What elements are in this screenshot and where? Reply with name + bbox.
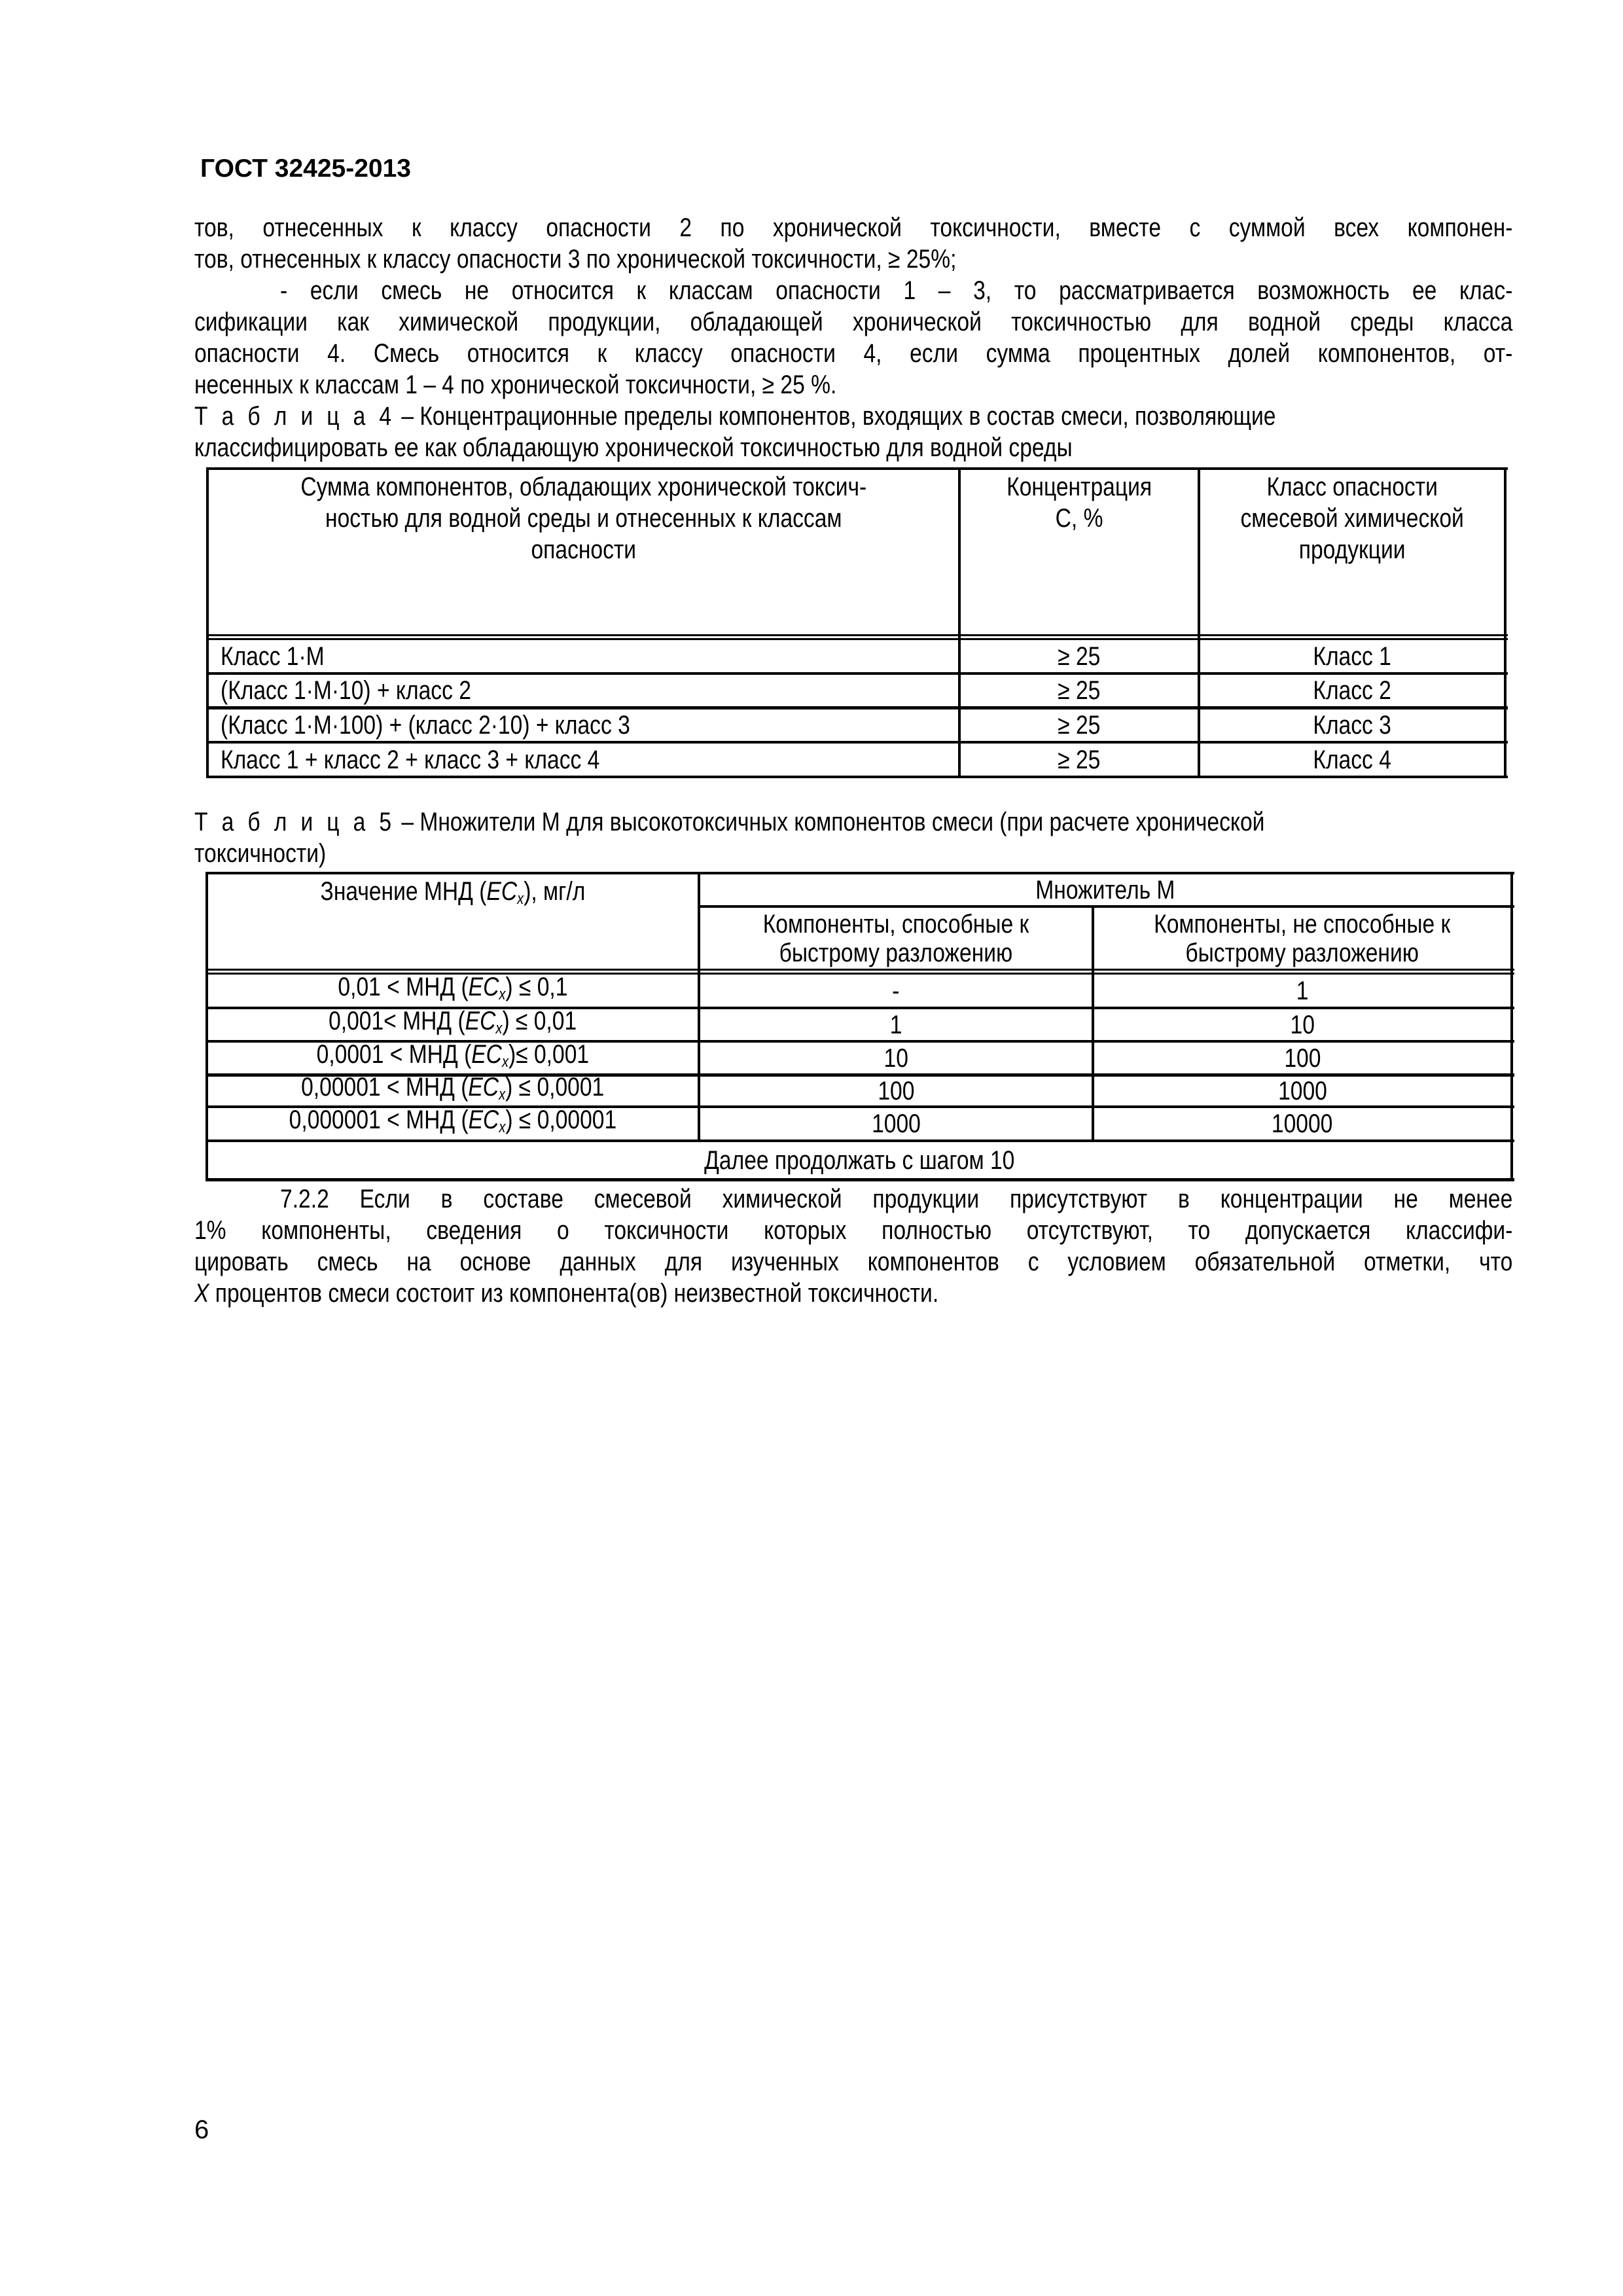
table5-header-value: Значение МНД (ECx), мг/л — [208, 874, 698, 970]
table5-footer-row: Далее продолжать с шагом 10 — [208, 1142, 1510, 1178]
table5-cell-range: 0,001< МНД (ECx) ≤ 0,01 — [208, 1009, 698, 1040]
table5-cell-range: 0,00001 < МНД (ECx) ≤ 0,0001 — [208, 1077, 698, 1105]
table5-cell-range: 0,01 < МНД (ECx) ≤ 0,1 — [208, 975, 698, 1007]
table5-cell-rapid: - — [700, 975, 1092, 1007]
table4-caption: Т а б л и ц а 4 – Концентрационные преде… — [194, 401, 1512, 463]
table4-header-sum: Сумма компонентов, обладающих хроническо… — [209, 470, 958, 635]
table5-header-multiplier: Множитель М — [700, 874, 1510, 905]
table4-cell-concentration: ≥ 25 — [961, 709, 1198, 741]
table5-cell-rapid: 10 — [700, 1043, 1092, 1073]
text-line: тов, отнесенных к классу опасности 2 по … — [194, 212, 1512, 243]
text-line: X процентов смеси состоит из компонента(… — [194, 1278, 1512, 1309]
table4-cell-concentration: ≥ 25 — [961, 675, 1198, 706]
table5-cell-non-rapid: 1000 — [1094, 1077, 1510, 1105]
table4-cell-concentration: ≥ 25 — [961, 641, 1198, 672]
table4-cell-sum: (Класс 1·M·100) + (класс 2·10) + класс 3 — [209, 709, 970, 741]
document-id-header: ГОСТ 32425-2013 — [200, 154, 411, 183]
table4-caption-label: Т а б л и ц а 4 — [194, 402, 395, 431]
text-line: цировать смесь на основе данных для изуч… — [194, 1246, 1512, 1278]
table5-cell-rapid: 100 — [700, 1077, 1092, 1105]
table4-cell-class: Класс 3 — [1200, 709, 1504, 741]
table4-cell-sum: (Класс 1·M·10) + класс 2 — [209, 675, 970, 706]
section-7-2-2: 7.2.2 Если в составе смесевой химической… — [194, 1183, 1512, 1309]
table4-cell-class: Класс 4 — [1200, 744, 1504, 776]
table5-cell-non-rapid: 100 — [1094, 1043, 1510, 1073]
table5-caption-text-2: токсичности) — [194, 838, 1512, 869]
table5-cell-non-rapid: 1 — [1094, 975, 1510, 1007]
table5-cell-rapid: 1000 — [700, 1108, 1092, 1139]
table4-cell-sum: Класс 1·M — [209, 641, 970, 672]
table5-header-rapid: Компоненты, способные к быстрому разложе… — [700, 908, 1092, 969]
table5-cell-non-rapid: 10000 — [1094, 1108, 1510, 1139]
table5-caption: Т а б л и ц а 5 – Множители М для высоко… — [194, 806, 1512, 869]
intro-paragraph: тов, отнесенных к классу опасности 2 по … — [194, 212, 1512, 401]
table4-caption-text-2: классифицировать ее как обладающую хрони… — [194, 432, 1512, 463]
text-line: тов, отнесенных к классу опасности 3 по … — [194, 243, 1512, 275]
table5-caption-label: Т а б л и ц а 5 — [194, 808, 395, 836]
table5-cell-range: 0,000001 < МНД (ECx) ≤ 0,00001 — [208, 1108, 698, 1139]
table5-header-non-rapid: Компоненты, не способные к быстрому разл… — [1094, 908, 1510, 969]
table4-cell-sum: Класс 1 + класс 2 + класс 3 + класс 4 — [209, 744, 970, 776]
page-number: 6 — [194, 2115, 209, 2145]
table5-caption-text: – Множители М для высокотоксичных компон… — [395, 808, 1264, 836]
table5-cell-range: 0,0001 < МНД (ECx)≤ 0,001 — [208, 1043, 698, 1073]
text-line: 7.2.2 Если в составе смесевой химической… — [194, 1183, 1512, 1215]
text-line: сификации как химической продукции, обла… — [194, 306, 1512, 338]
table4-cell-class: Класс 2 — [1200, 675, 1504, 706]
text-line: несенных к классам 1 – 4 по хронической … — [194, 369, 1512, 401]
table4-header-concentration: Концентрация С, % — [961, 470, 1198, 635]
table4-cell-concentration: ≥ 25 — [961, 744, 1198, 776]
text-line: опасности 4. Смесь относится к классу оп… — [194, 338, 1512, 369]
text-line: - если смесь не относится к классам опас… — [194, 275, 1512, 306]
table4-cell-class: Класс 1 — [1200, 641, 1504, 672]
table5-cell-non-rapid: 10 — [1094, 1009, 1510, 1040]
table4-caption-text: – Концентрационные пределы компонентов, … — [395, 402, 1275, 431]
table5-cell-rapid: 1 — [700, 1009, 1092, 1040]
text-line: 1% компоненты, сведения о токсичности ко… — [194, 1215, 1512, 1246]
table4-header-class: Класс опасности смесевой химической прод… — [1200, 470, 1504, 635]
